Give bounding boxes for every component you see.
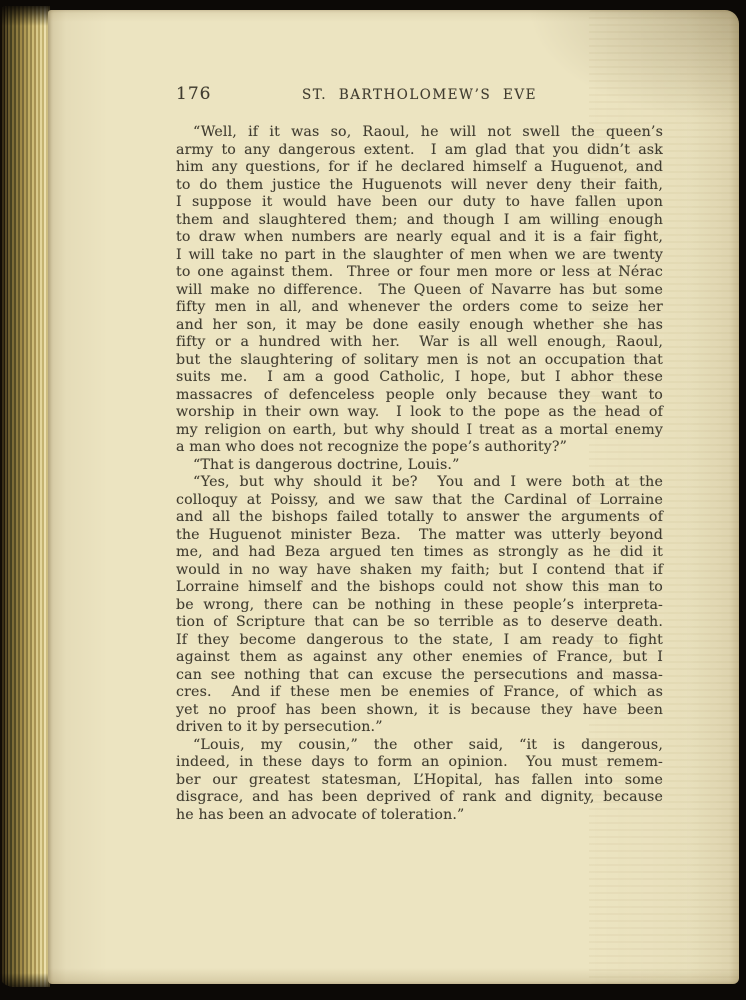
text-line: them and slaughtered them; and though I …	[176, 212, 663, 230]
text-line: worship in their own way. I look to the …	[176, 404, 663, 422]
text-line: “Louis, my cousin,” the other said, “it …	[176, 737, 663, 755]
text-line: I will take no part in the slaughter of …	[176, 247, 663, 265]
text-line: massacres of defenceless people only bec…	[176, 387, 663, 405]
text-line: driven to it by persecution.”	[176, 719, 663, 737]
paragraph: “That is dangerous doctrine, Louis.”	[176, 457, 663, 475]
text-line: ber our greatest statesman, L’Hopital, h…	[176, 772, 663, 790]
text-line: fifty men in all, and whenever the order…	[176, 299, 663, 317]
book-fore-edge-pages	[0, 6, 50, 987]
text-line: the Huguenot minister Beza. The matter w…	[176, 527, 663, 545]
page-text: “Well, if it was so, Raoul, he will not …	[176, 124, 663, 824]
text-line: cres. And if these men be enemies of Fra…	[176, 684, 663, 702]
text-line: disgrace, and has been deprived of rank …	[176, 789, 663, 807]
text-line: fifty or a hundred with her. War is all …	[176, 334, 663, 352]
text-line: “That is dangerous doctrine, Louis.”	[176, 457, 663, 475]
text-line: If they become dangerous to the state, I…	[176, 632, 663, 650]
text-line: indeed, in these days to form an opinion…	[176, 754, 663, 772]
text-line: to draw when numbers are nearly equal an…	[176, 229, 663, 247]
text-line: be wrong, there can be nothing in these …	[176, 597, 663, 615]
text-line: will make no difference. The Queen of Na…	[176, 282, 663, 300]
text-line: suits me. I am a good Catholic, I hope, …	[176, 369, 663, 387]
text-line: colloquy at Poissy, and we saw that the …	[176, 492, 663, 510]
text-line: I suppose it would have been our duty to…	[176, 194, 663, 212]
text-line: me, and had Beza argued ten times as str…	[176, 544, 663, 562]
text-line: and all the bishops failed totally to an…	[176, 509, 663, 527]
text-line: can see nothing that can excuse the pers…	[176, 667, 663, 685]
text-line: “Well, if it was so, Raoul, he will not …	[176, 124, 663, 142]
text-line: but the slaughtering of solitary men is …	[176, 352, 663, 370]
text-line: and her son, it may be done easily enoug…	[176, 317, 663, 335]
running-title: ST. BARTHOLOMEW’S EVE	[176, 87, 663, 103]
text-line: “Yes, but why should it be? You and I we…	[176, 474, 663, 492]
text-line: Lorraine himself and the bishops could n…	[176, 579, 663, 597]
paragraph: “Yes, but why should it be? You and I we…	[176, 474, 663, 737]
running-header: 176 ST. BARTHOLOMEW’S EVE	[176, 84, 663, 104]
text-line: against them as against any other enemie…	[176, 649, 663, 667]
text-line: him any questions, for if he declared hi…	[176, 159, 663, 177]
text-line: to one against them. Three or four men m…	[176, 264, 663, 282]
text-line: army to any dangerous extent. I am glad …	[176, 142, 663, 160]
text-line: would in no way have shaken my faith; bu…	[176, 562, 663, 580]
text-line: tion of Scripture that can be so terribl…	[176, 614, 663, 632]
paragraph: “Louis, my cousin,” the other said, “it …	[176, 737, 663, 825]
book-photo-background: 176 ST. BARTHOLOMEW’S EVE “Well, if it w…	[0, 0, 746, 1000]
paragraph: “Well, if it was so, Raoul, he will not …	[176, 124, 663, 457]
text-line: a man who does not recognize the pope’s …	[176, 439, 663, 457]
text-line: he has been an advocate of toleration.”	[176, 807, 663, 825]
text-line: yet no proof has been shown, it is becau…	[176, 702, 663, 720]
text-line: my religion on earth, but why should I t…	[176, 422, 663, 440]
text-line: to do them justice the Huguenots will ne…	[176, 177, 663, 195]
book-page: 176 ST. BARTHOLOMEW’S EVE “Well, if it w…	[48, 10, 739, 984]
